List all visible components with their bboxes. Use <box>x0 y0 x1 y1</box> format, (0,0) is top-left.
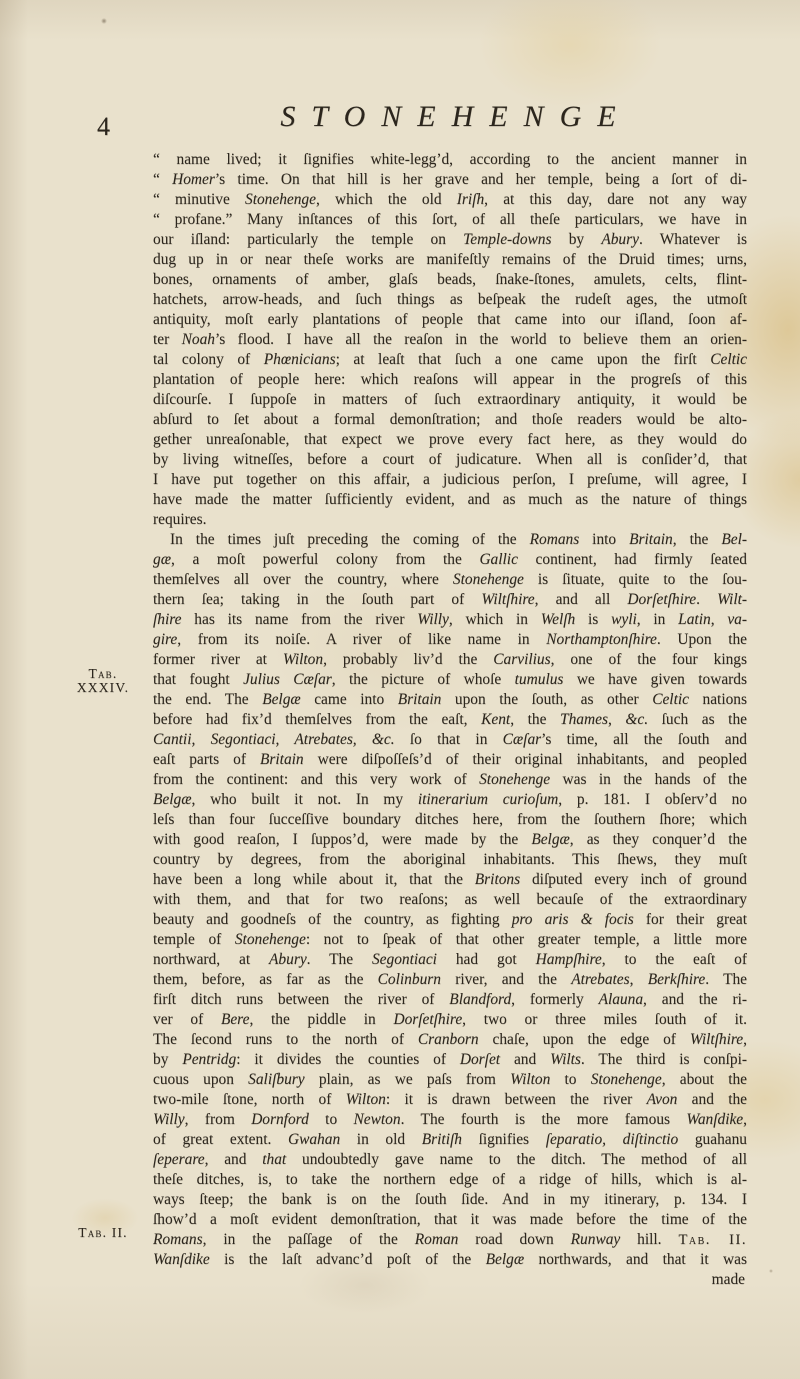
text-line: antiquity, moſt early plantations of peo… <box>153 310 747 330</box>
italic-text: itinerarium curioſum <box>418 791 558 808</box>
italic-text: Dorſetſhire <box>393 1011 462 1028</box>
italic-text: Carvilius <box>493 651 550 668</box>
margin-note-line: Tab. <box>56 667 150 681</box>
margin-note-tab-xxxiv: Tab. XXXIV. <box>56 667 150 695</box>
italic-text: Welſh <box>541 611 576 628</box>
italic-text: Saliſbury <box>248 1071 304 1088</box>
text-line: temple of Stonehenge: not to ſpeak of th… <box>153 930 747 950</box>
text-line: leſs than four ſucceſſive boundary ditch… <box>153 810 747 830</box>
italic-text: Stonehenge <box>479 771 550 788</box>
italic-text: Stonehenge <box>453 571 524 588</box>
text-line: ſeperare, and that undoubtedly gave name… <box>153 1150 747 1170</box>
text-line: requires. <box>153 510 747 530</box>
text-line: Cantii, Segontiaci, Atrebates, &c. ſo th… <box>153 730 747 750</box>
italic-text: Cantii, Segontiaci, Atrebates, &c. <box>153 731 395 748</box>
text-line: before had fix’d themſelves from the eaſ… <box>153 710 747 730</box>
italic-text: Bere <box>221 1011 249 1028</box>
text-line: ſhire has its name from the river Willy,… <box>153 610 747 630</box>
italic-text: Cranborn <box>418 1031 479 1048</box>
italic-text: Kent <box>481 711 510 728</box>
text-line: diſcourſe. I ſuppoſe in matters of ſuch … <box>153 390 747 410</box>
italic-text: ſeperare <box>153 1151 205 1168</box>
italic-text: Wilts <box>550 1051 581 1068</box>
italic-text: Julius Cæſar <box>243 671 332 688</box>
text-line: plantation of people here: which reaſons… <box>153 370 747 390</box>
italic-text: Abury <box>269 951 307 968</box>
italic-text: Roman <box>415 1231 459 1248</box>
margin-note-line: XXXIV. <box>56 681 150 695</box>
italic-text: gire <box>153 631 177 648</box>
italic-text: Britain <box>260 751 304 768</box>
italic-text: pro aris & focis <box>512 911 634 928</box>
italic-text: ſeparatio, diſtinctio <box>546 1131 679 1148</box>
margin-note-line: Tab. II. <box>56 1226 150 1240</box>
italic-text: Blandford <box>449 991 511 1008</box>
italic-text: ſhire <box>153 611 182 628</box>
text-line: firſt ditch runs between the river of Bl… <box>153 990 747 1010</box>
text-line: two-mile ſtone, north of Wilton: it is d… <box>153 1090 747 1110</box>
italic-text: Britiſh <box>422 1131 462 1148</box>
italic-text: Belgæ <box>262 691 300 708</box>
text-line: tal colony of Phœnicians; at leaſt that … <box>153 350 747 370</box>
italic-text: Britons <box>475 871 520 888</box>
text-line: ter Noah’s flood. I have all the reaſon … <box>153 330 747 350</box>
text-line: our iſland: particularly the temple on T… <box>153 230 747 250</box>
italic-text: Hampſhire <box>536 951 602 968</box>
text-line: ver of Bere, the piddle in Dorſetſhire, … <box>153 1010 747 1030</box>
text-line: from the continent: and this very work o… <box>153 770 747 790</box>
text-line: hatchets, arrow-heads, and ſuch things a… <box>153 290 747 310</box>
italic-text: gæ <box>153 551 171 568</box>
margin-note-tab-ii: Tab. II. <box>56 1226 150 1240</box>
text-line: beauty and goodneſs of the country, as f… <box>153 910 747 930</box>
text-line: that fought Julius Cæſar, the picture of… <box>153 670 747 690</box>
text-line: gire, from its noiſe. A river of like na… <box>153 630 747 650</box>
italic-text: Homer <box>172 171 215 188</box>
italic-text: Stonehenge <box>591 1071 662 1088</box>
text-line: I have put together on this affair, a ju… <box>153 470 747 490</box>
italic-text: Britain <box>629 531 673 548</box>
text-line: abſurd to ſet about a formal demonſtrati… <box>153 410 747 430</box>
italic-text: wyli <box>611 611 637 628</box>
italic-text: Atrebates <box>571 971 629 988</box>
italic-text: Romans <box>530 531 580 548</box>
text-line: Wanſdike is the laſt advanc’d poſt of th… <box>153 1250 747 1270</box>
text-line: with them, and that for two reaſons; as … <box>153 890 747 910</box>
italic-text: Avon <box>647 1091 678 1108</box>
text-line: dug up in or near theſe works are manife… <box>153 250 747 270</box>
italic-text: Celtic <box>652 691 689 708</box>
text-line: “ minutive Stonehenge, which the old Iri… <box>153 190 747 210</box>
text-line: have made the matter ſufficiently eviden… <box>153 490 747 510</box>
italic-text: Newton <box>354 1111 401 1128</box>
italic-text: Wilt- <box>717 591 747 608</box>
italic-text: Runway <box>571 1231 621 1248</box>
text-block: “ name lived; it ſignifies white-legg’d,… <box>153 150 747 1290</box>
italic-text: Bel- <box>721 531 747 548</box>
italic-text: Cæſar <box>503 731 542 748</box>
text-line: the end. The Belgæ came into Britain upo… <box>153 690 747 710</box>
italic-text: Gallic <box>479 551 517 568</box>
text-line: Romans, in the paſſage of the Roman road… <box>153 1230 747 1250</box>
text-line: by Pentridg: it divides the counties of … <box>153 1050 747 1070</box>
italic-text: Latin <box>678 611 711 628</box>
small-caps-text: Tab. II. <box>678 1232 747 1248</box>
italic-text: Dorſetſhire <box>627 591 696 608</box>
italic-text: Britain <box>398 691 442 708</box>
text-line: “ name lived; it ſignifies white-legg’d,… <box>153 150 747 170</box>
text-line: them, before, as far as the Colinburn ri… <box>153 970 747 990</box>
text-line: former river at Wilton, probably liv’d t… <box>153 650 747 670</box>
italic-text: Belgæ <box>531 831 569 848</box>
text-line: have been a long while about it, that th… <box>153 870 747 890</box>
text-line: “ profane.” Many inſtances of this ſort,… <box>153 210 747 230</box>
italic-text: Willy <box>417 611 449 628</box>
running-title: STONEHENGE <box>150 98 748 136</box>
text-line: ſhow’d a moſt evident demonſtration, tha… <box>153 1210 747 1230</box>
text-line: In the times juſt preceding the coming o… <box>153 530 747 550</box>
italic-text: Thames <box>560 711 608 728</box>
catchword: made <box>712 1270 745 1290</box>
italic-text: Wiltſhire <box>690 1031 743 1048</box>
text-line: eaſt parts of Britain were diſpoſſeſs’d … <box>153 750 747 770</box>
italic-text: Dornford <box>251 1111 309 1128</box>
italic-text: Berkſhire <box>648 971 706 988</box>
text-line: theſe ditches, is, to take the northern … <box>153 1170 747 1190</box>
text-line: northward, at Abury. The Segontiaci had … <box>153 950 747 970</box>
italic-text: Pentridg <box>182 1051 236 1068</box>
italic-text: Wanſdike <box>686 1111 743 1128</box>
italic-text: Willy <box>153 1111 185 1128</box>
text-line: thern ſea; taking in the ſouth part of W… <box>153 590 747 610</box>
text-line: ways ſteep; the bank is on the ſouth ſid… <box>153 1190 747 1210</box>
italic-text: Dorſet <box>460 1051 500 1068</box>
text-line: with good reaſon, I ſuppos’d, were made … <box>153 830 747 850</box>
italic-text: Temple-downs <box>463 231 551 248</box>
italic-text: Northamptonſhire <box>546 631 657 648</box>
italic-text: Abury <box>601 231 639 248</box>
italic-text: Stonehenge <box>235 931 306 948</box>
italic-text: Belgæ <box>486 1251 524 1268</box>
italic-text: Phœnicians <box>264 351 336 368</box>
italic-text: Wilton <box>510 1071 550 1088</box>
text-line: Willy, from Dornford to Newton. The four… <box>153 1110 747 1130</box>
italic-text: Colinburn <box>378 971 441 988</box>
page-number: 4 <box>97 112 110 142</box>
italic-text: Romans <box>153 1231 203 1248</box>
text-line: themſelves all over the country, where S… <box>153 570 747 590</box>
text-line: gæ, a moſt powerful colony from the Gall… <box>153 550 747 570</box>
italic-text: Iriſh <box>457 191 484 208</box>
italic-text: Alauna <box>599 991 643 1008</box>
text-line: bones, ornaments of amber, glaſs beads, … <box>153 270 747 290</box>
text-line: cuous upon Saliſbury plain, as we paſs f… <box>153 1070 747 1090</box>
book-page: 4 STONEHENGE Tab. XXXIV. Tab. II. “ name… <box>0 0 800 1379</box>
text-line: by living witneſſes, before a court of j… <box>153 450 747 470</box>
text-line: The ſecond runs to the north of Cranborn… <box>153 1030 747 1050</box>
italic-text: Wiltſhire <box>481 591 534 608</box>
italic-text: tumulus <box>515 671 564 688</box>
italic-text: Gwahan <box>288 1131 340 1148</box>
text-line: “ Homer’s time. On that hill is her grav… <box>153 170 747 190</box>
text-line: country by degrees, from the aboriginal … <box>153 850 747 870</box>
italic-text: Celtic <box>710 351 747 368</box>
italic-text: va- <box>727 611 747 628</box>
italic-text: Segontiaci <box>372 951 437 968</box>
italic-text: Belgæ <box>153 791 191 808</box>
text-line: Belgæ, who built it not. In my itinerari… <box>153 790 747 810</box>
italic-text: Noah <box>182 331 215 348</box>
italic-text: that <box>262 1151 286 1168</box>
italic-text: Wilton <box>283 651 323 668</box>
italic-text: Wilton <box>346 1091 386 1108</box>
italic-text: Stonehenge <box>245 191 316 208</box>
text-line: of great extent. Gwahan in old Britiſh ſ… <box>153 1130 747 1150</box>
italic-text: &c. <box>625 711 648 728</box>
italic-text: Wanſdike <box>153 1251 210 1268</box>
text-line: gether unreaſonable, that expect we prov… <box>153 430 747 450</box>
